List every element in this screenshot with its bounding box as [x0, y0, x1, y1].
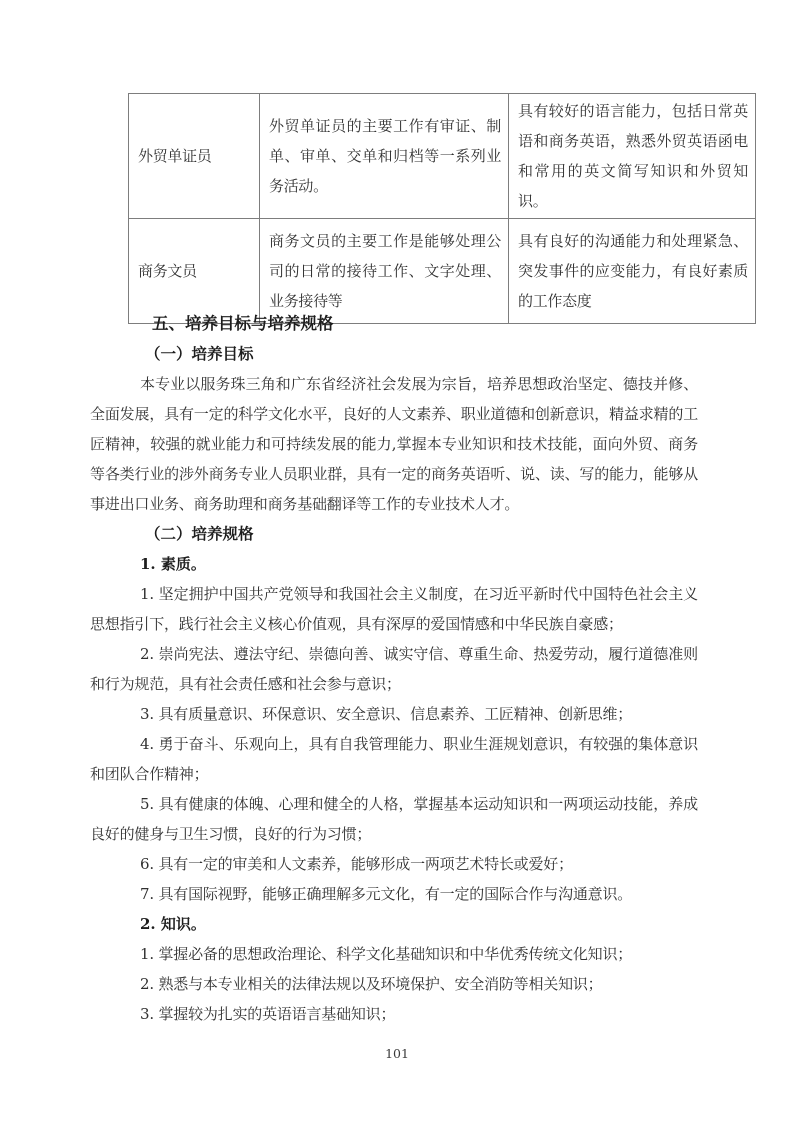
goal-paragraph: 本专业以服务珠三角和广东省经济社会发展为宗旨，培养思想政治坚定、德技并修、全面发…: [90, 369, 698, 519]
role-cell: 外贸单证员: [129, 94, 260, 219]
list-item: 4. 勇于奋斗、乐观向上，具有自我管理能力、职业生涯规划意识，有较强的集体意识和…: [90, 729, 698, 789]
list-item: 6. 具有一定的审美和人文素养，能够形成一两项艺术特长或爱好；: [90, 849, 698, 879]
list-item: 7. 具有国际视野，能够正确理解多元文化，有一定的国际合作与沟通意识。: [90, 879, 698, 909]
list-item: 3. 掌握较为扎实的英语语言基础知识；: [90, 999, 698, 1029]
requirements-cell: 具有较好的语言能力，包括日常英语和商务英语，熟悉外贸英语函电和常用的英文简写知识…: [509, 94, 756, 219]
subsection-heading-spec: （二）培养规格: [90, 519, 698, 549]
list-item: 5. 具有健康的体魄、心理和健全的人格，掌握基本运动知识和一两项运动技能，养成良…: [90, 789, 698, 849]
list-item: 2. 熟悉与本专业相关的法律法规以及环境保护、安全消防等相关知识；: [90, 969, 698, 999]
table-row: 外贸单证员 外贸单证员的主要工作有审证、制单、审单、交单和归档等一系列业务活动。…: [129, 94, 756, 219]
duties-cell: 外贸单证员的主要工作有审证、制单、审单、交单和归档等一系列业务活动。: [260, 94, 509, 219]
list-item: 2. 崇尚宪法、遵法守纪、崇德向善、诚实守信、尊重生命、热爱劳动，履行道德准则和…: [90, 639, 698, 699]
list-item: 3. 具有质量意识、环保意识、安全意识、信息素养、工匠精神、创新思维；: [90, 699, 698, 729]
occupation-table: 外贸单证员 外贸单证员的主要工作有审证、制单、审单、交单和归档等一系列业务活动。…: [128, 93, 756, 324]
subsection-heading-goal: （一）培养目标: [90, 339, 698, 369]
quality-label: 1. 素质。: [90, 549, 698, 579]
section-heading: 五、培养目标与培养规格: [90, 309, 698, 339]
occupation-table-grid: 外贸单证员 外贸单证员的主要工作有审证、制单、审单、交单和归档等一系列业务活动。…: [128, 93, 756, 324]
list-item: 1. 掌握必备的思想政治理论、科学文化基础知识和中华优秀传统文化知识；: [90, 939, 698, 969]
knowledge-label: 2. 知识。: [90, 909, 698, 939]
page-number: 101: [0, 1046, 794, 1061]
document-page: 外贸单证员 外贸单证员的主要工作有审证、制单、审单、交单和归档等一系列业务活动。…: [0, 0, 794, 1123]
document-body: 五、培养目标与培养规格 （一）培养目标 本专业以服务珠三角和广东省经济社会发展为…: [90, 305, 698, 1029]
list-item: 1. 坚定拥护中国共产党领导和我国社会主义制度，在习近平新时代中国特色社会主义思…: [90, 579, 698, 639]
